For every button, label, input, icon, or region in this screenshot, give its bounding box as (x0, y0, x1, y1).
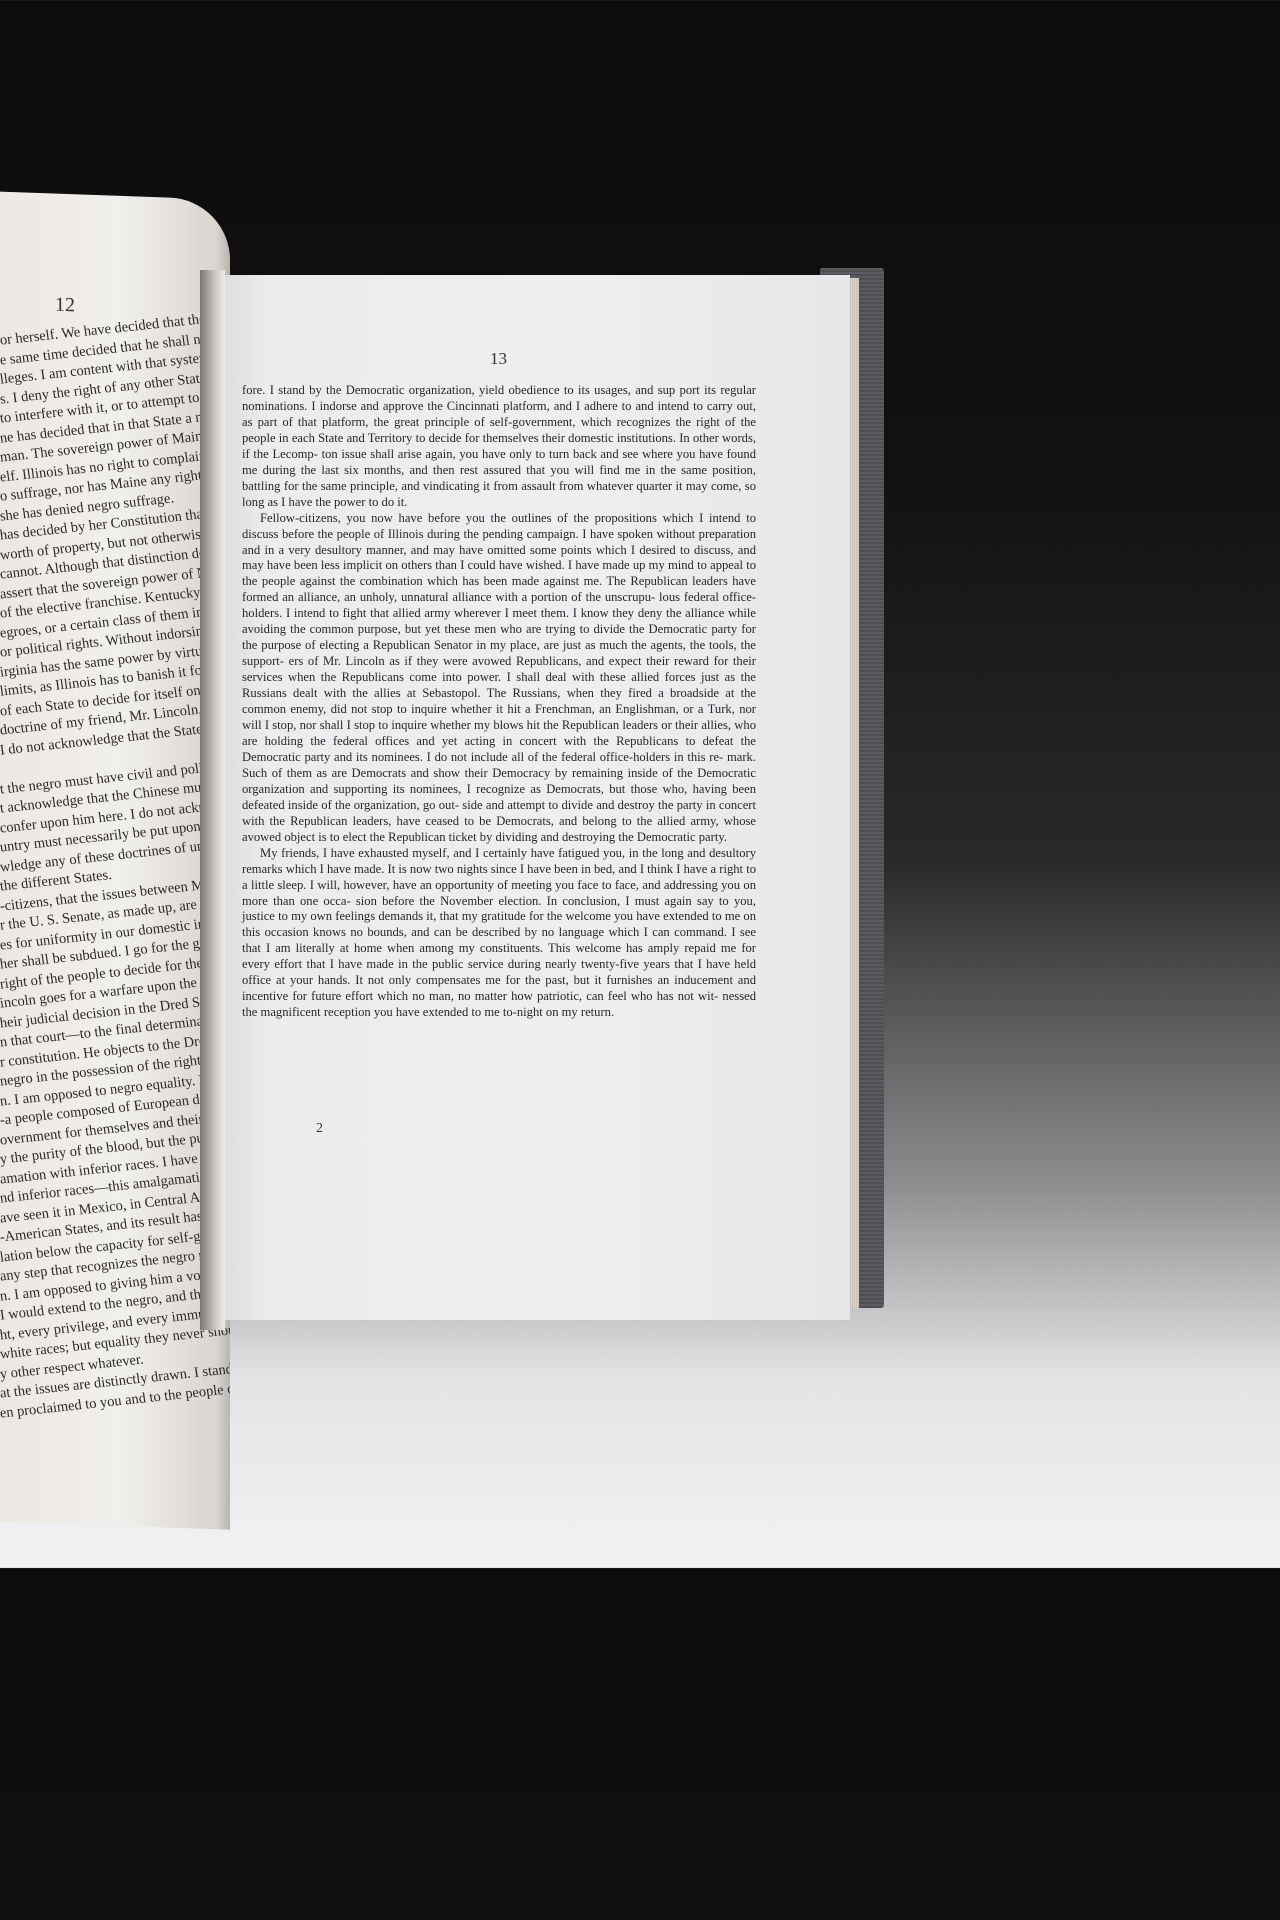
right-page-text: fore. I stand by the Democratic organiza… (242, 383, 756, 1021)
left-page: 12 or herself. We have decided that the … (0, 190, 230, 1529)
right-page-number: 13 (490, 349, 507, 369)
paragraph: Fellow-citizens, you now have before you… (242, 511, 756, 846)
right-page: 13 fore. I stand by the Democratic organ… (218, 275, 850, 1320)
book-gutter (200, 270, 225, 1330)
paragraph: My friends, I have exhausted myself, and… (242, 846, 756, 1021)
left-page-text: or herself. We have decided that the neg… (0, 332, 230, 1432)
left-page-number: 12 (55, 294, 75, 318)
paragraph: fore. I stand by the Democratic organiza… (242, 383, 756, 511)
signature-mark: 2 (316, 1121, 323, 1137)
